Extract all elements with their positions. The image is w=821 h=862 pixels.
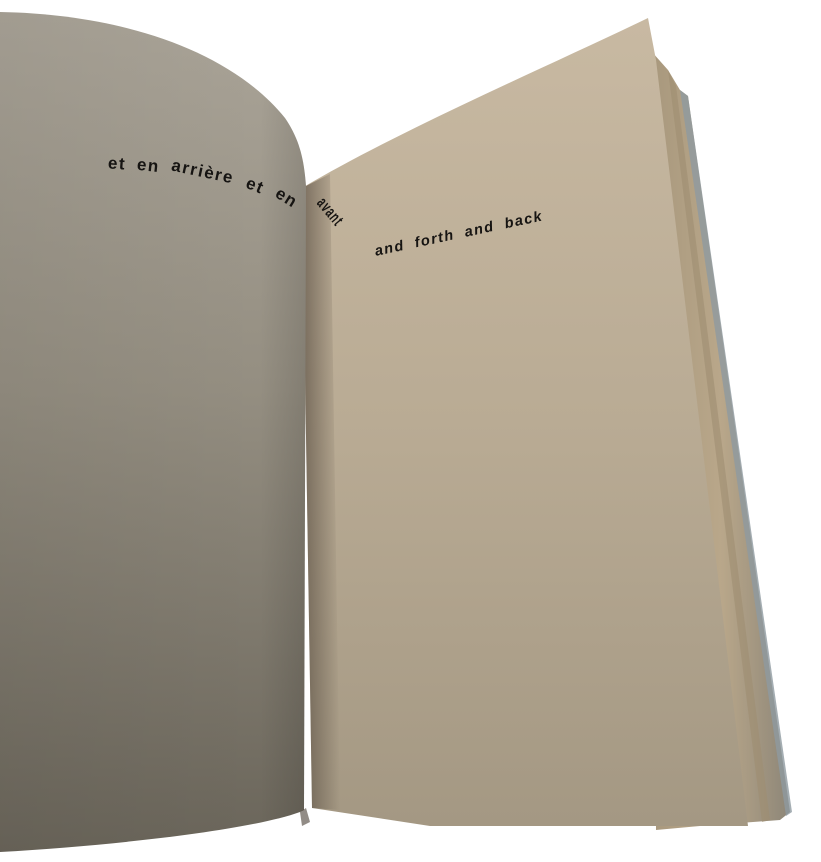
left-page-text: et en arrière et en avant <box>108 154 361 174</box>
book-illustration <box>0 0 821 862</box>
word: en <box>136 155 161 177</box>
word: et <box>107 153 126 174</box>
book-photo: et en arrière et en avant and forth and … <box>0 0 821 862</box>
